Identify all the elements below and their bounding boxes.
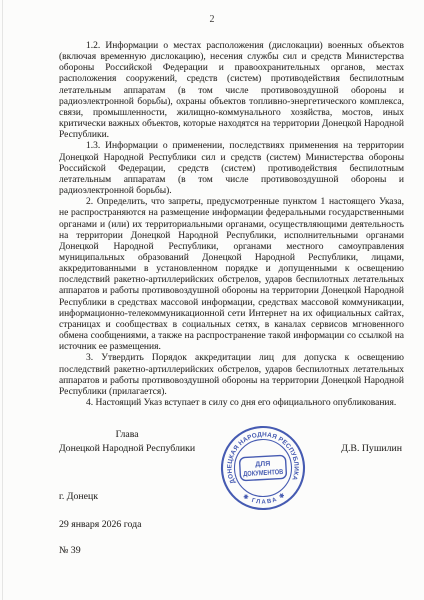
signer-name: Д.В. Пушилин [341, 442, 402, 456]
signer-title-line1: Глава [59, 428, 195, 442]
signer-title-line2: Донецкой Народной Республики [59, 442, 195, 456]
signer-title: Глава Донецкой Народной Республики [59, 428, 195, 455]
paragraph-1-2: 1.2. Информации о местах расположения (д… [59, 41, 404, 141]
document-number: № 39 [59, 545, 81, 556]
stamp-center-line1: ДЛЯ [255, 461, 270, 469]
stamp-center-line2: ДОКУМЕНТОВ [243, 469, 283, 478]
document-place: г. Донецк [59, 491, 98, 502]
paragraph-3: 3. Утвердить Порядок аккредитации лиц дл… [59, 353, 404, 398]
page-number: 2 [0, 14, 424, 25]
page-edge-shadow [2, 0, 3, 600]
paragraph-2: 2. Определить, что запреты, предусмотрен… [59, 197, 404, 353]
paragraph-1-3: 1.3. Информации о применении, последстви… [59, 141, 404, 197]
official-stamp: ДОНЕЦКАЯ НАРОДНАЯ РЕСПУБЛИКА ✱ ГЛАВА ✱ Д… [217, 422, 309, 514]
paragraph-4: 4. Настоящий Указ вступает в силу со дня… [59, 398, 404, 409]
scanned-document-page: 2 1.2. Информации о местах расположения … [0, 0, 424, 600]
document-date: 29 января 2026 года [59, 519, 141, 530]
document-body: 1.2. Информации о местах расположения (д… [59, 41, 404, 409]
